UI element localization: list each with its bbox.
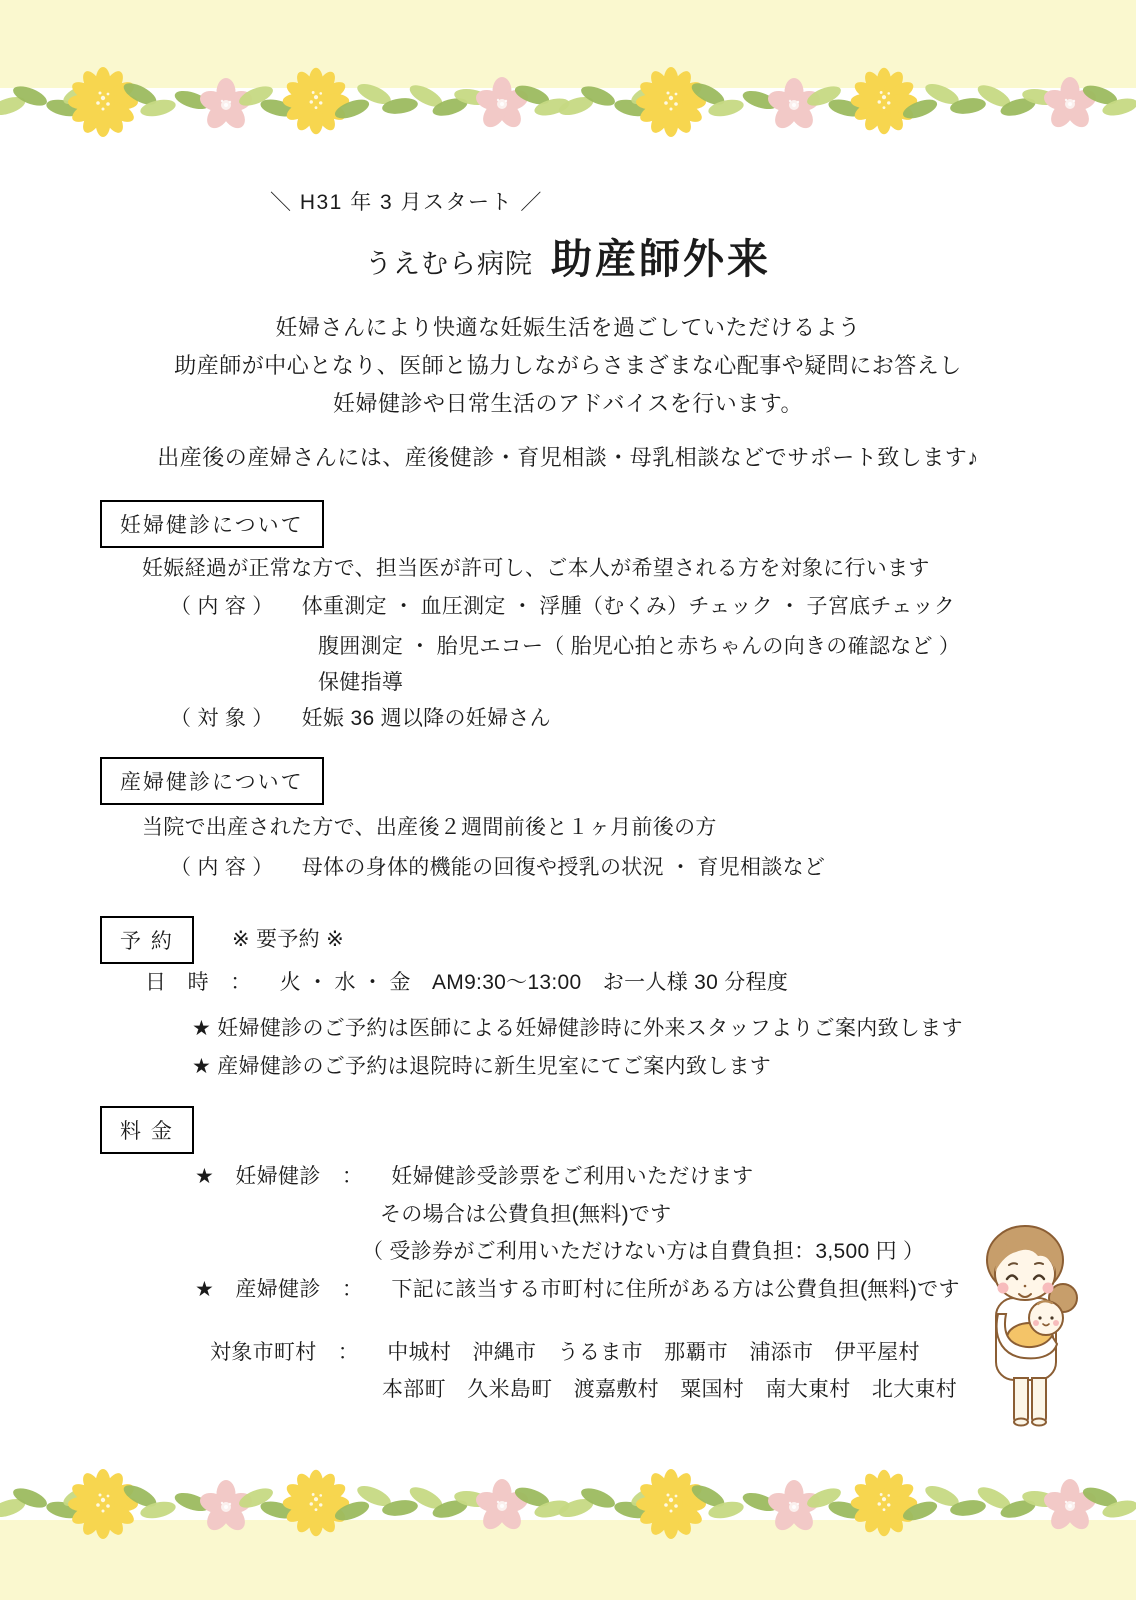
clinic-title: 助産師外来 — [551, 226, 771, 285]
fee-ninpu-row: ★ 妊婦健診 ： 妊婦健診受診票をご利用いただけます — [195, 1164, 753, 1190]
fee-sanpu-label: ★ 産婦健診 ： — [195, 1278, 363, 1301]
flyer-page: ＼ H31 年 3 月スタート ／ うえむら病院 助産師外来 妊婦さんにより快適… — [0, 0, 1136, 1600]
sanpu-content-text: 母体の身体的機能の回復や授乳の状況 ・ 育児相談など — [302, 856, 825, 879]
target-label: （ 対 象 ） — [170, 707, 274, 730]
datetime-label: 日 時 ： — [145, 971, 252, 994]
datetime-text: 火 ・ 水 ・ 金 AM9:30～13:00 お一人様 30 分程度 — [280, 971, 789, 994]
floral-border-top-icon — [0, 0, 1136, 140]
start-banner: ＼ H31 年 3 月スタート ／ — [270, 186, 543, 216]
ninpu-eligibility: 妊娠経過が正常な方で、担当医が許可し、ご本人が希望される方を対象に行います — [142, 556, 930, 582]
fee-ninpu-line: 妊婦健診受診票をご利用いただけます — [391, 1165, 753, 1188]
support-note: 出産後の産婦さんには、産後健診・育児相談・母乳相談などでサポート致します♪ — [0, 441, 1136, 472]
reservation-note: ★ 妊婦健診のご予約は医師による妊婦健診時に外来スタッフよりご案内致します — [192, 1016, 963, 1042]
mother-baby-illustration — [962, 1222, 1092, 1427]
municipality-label: 対象市町村 ： — [210, 1341, 359, 1364]
fee-sanpu-line: 下記に該当する市町村に住所がある方は公費負担(無料)です — [391, 1278, 959, 1301]
sanpu-eligibility: 当院で出産された方で、出産後２週間前後と１ヶ月前後の方 — [142, 815, 717, 841]
municipality-line: 本部町 久米島町 渡嘉敷村 粟国村 南大東村 北大東村 — [382, 1377, 957, 1403]
content-label: （ 内 容 ） — [170, 595, 274, 618]
ninpu-target-text: 妊娠 36 週以降の妊婦さん — [302, 707, 551, 730]
intro-line: 助産師が中心となり、医師と協力しながらさまざまな心配事や疑問にお答えし — [0, 349, 1136, 380]
municipality-line: 中城村 沖縄市 うるま市 那覇市 浦添市 伊平屋村 — [387, 1341, 920, 1364]
fee-ninpu-label: ★ 妊婦健診 ： — [195, 1165, 363, 1188]
ninpu-content-line: 保健指導 — [318, 670, 403, 696]
ninpu-target-row: （ 対 象 ） 妊娠 36 週以降の妊婦さん — [170, 706, 551, 732]
fee-sanpu-row: ★ 産婦健診 ： 下記に該当する市町村に住所がある方は公費負担(無料)です — [195, 1277, 960, 1303]
hospital-name: うえむら病院 — [365, 242, 533, 281]
fee-ninpu-line: （ 受診券がご利用いただけない方は自費負担：3,500 円 ） — [362, 1239, 924, 1265]
ninpu-content-line: 腹囲測定 ・ 胎児エコー（ 胎児心拍と赤ちゃんの向きの確認など ） — [318, 634, 960, 660]
page-title: うえむら病院 助産師外来 — [0, 226, 1136, 285]
ninpu-content-row: （ 内 容 ） 体重測定 ・ 血圧測定 ・ 浮腫（むくみ）チェック ・ 子宮底チ… — [170, 594, 955, 620]
floral-border-bottom-icon — [0, 1468, 1136, 1600]
fee-ninpu-line: その場合は公費負担(無料)です — [380, 1202, 672, 1228]
section-header-ryokin: 料 金 — [100, 1106, 194, 1154]
section-header-yoyaku: 予 約 — [100, 916, 194, 964]
sanpu-content-row: （ 内 容 ） 母体の身体的機能の回復や授乳の状況 ・ 育児相談など — [170, 855, 825, 881]
reservation-required-note: ※ 要予約 ※ — [232, 927, 344, 953]
section-header-ninpu-kenshin: 妊婦健診について — [100, 500, 324, 548]
content-label: （ 内 容 ） — [170, 856, 274, 879]
reservation-datetime-row: 日 時 ： 火 ・ 水 ・ 金 AM9:30～13:00 お一人様 30 分程度 — [145, 970, 788, 996]
intro-line: 妊婦健診や日常生活のアドバイスを行います。 — [0, 387, 1136, 418]
reservation-note: ★ 産婦健診のご予約は退院時に新生児室にてご案内致します — [192, 1054, 771, 1080]
municipality-row: 対象市町村 ： 中城村 沖縄市 うるま市 那覇市 浦添市 伊平屋村 — [210, 1340, 920, 1366]
intro-line: 妊婦さんにより快適な妊娠生活を過ごしていただけるよう — [0, 311, 1136, 342]
section-header-sanpu-kenshin: 産婦健診について — [100, 757, 324, 805]
ninpu-content-line: 体重測定 ・ 血圧測定 ・ 浮腫（むくみ）チェック ・ 子宮底チェック — [302, 595, 955, 618]
